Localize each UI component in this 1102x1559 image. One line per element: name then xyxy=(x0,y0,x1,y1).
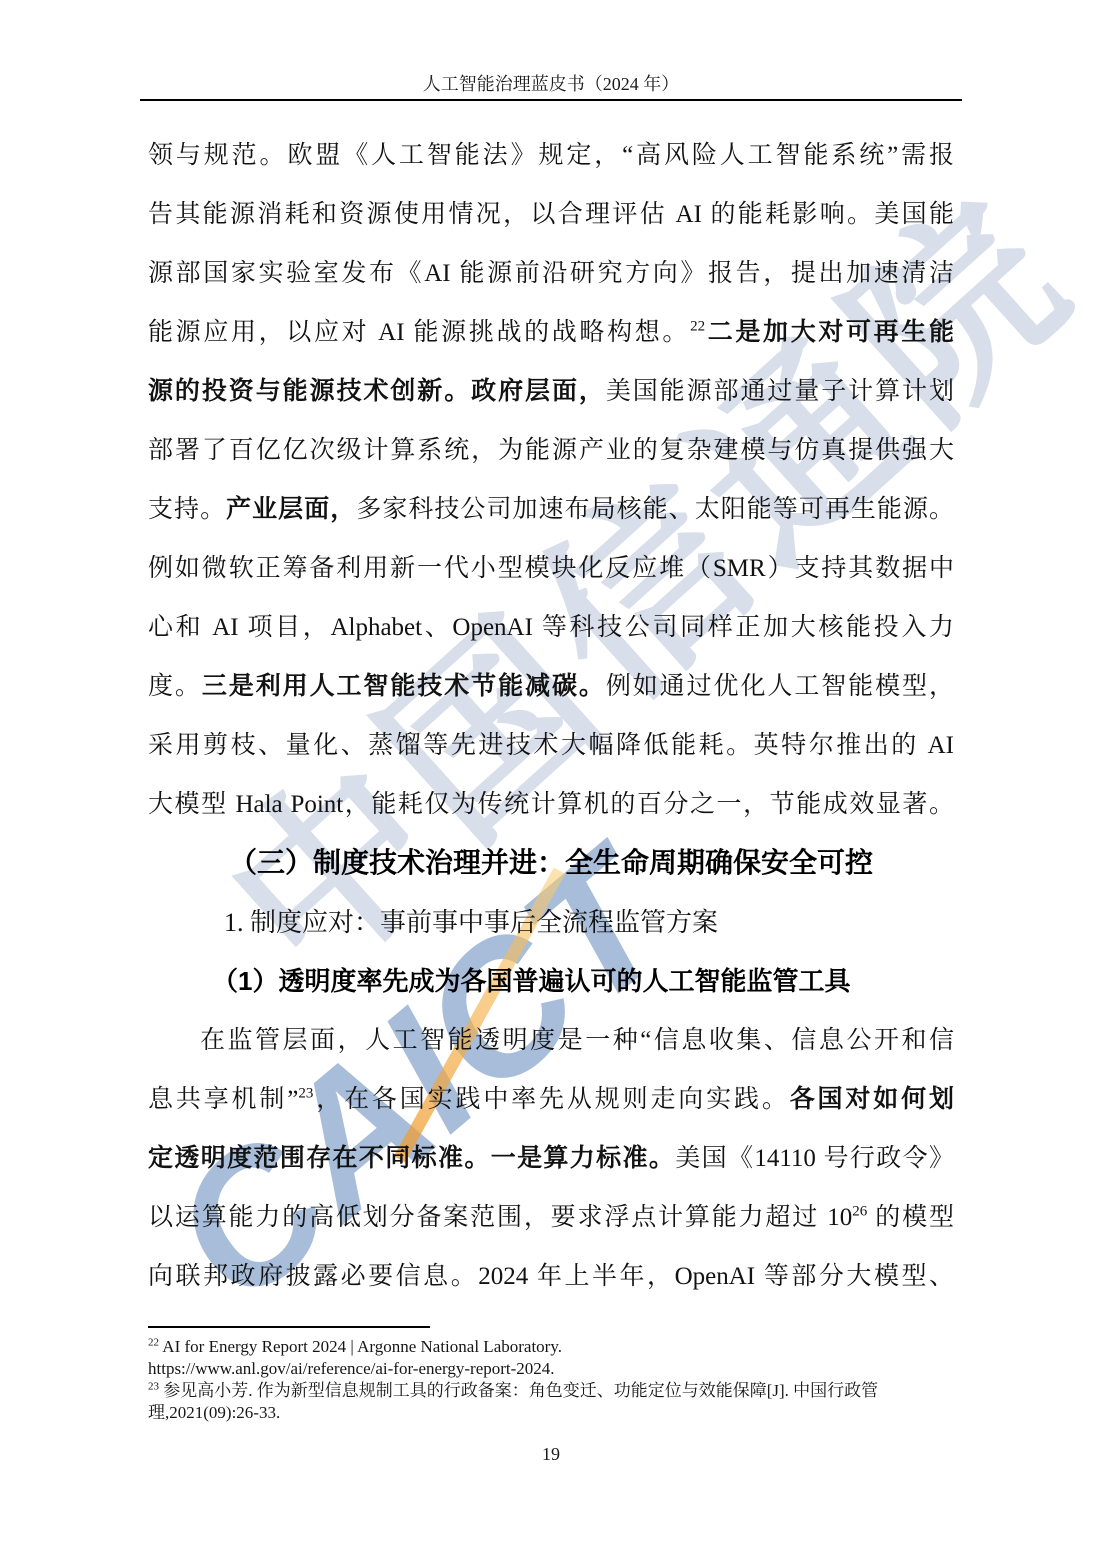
text-segment: 例如微软正筹备利用新一代小型模块化反应堆（SMR）支持其数据中 xyxy=(148,555,954,582)
footnote-text: AI for Energy Report 2024 | Argonne Nati… xyxy=(159,1337,562,1356)
text-segment: 采用剪枝、量化、蒸馏等先进技术大幅降低能耗。英特尔推出的 AI xyxy=(148,732,954,759)
text-segment: 度。 xyxy=(148,673,202,700)
footnote-url: https://www.anl.gov/ai/reference/ai-for-… xyxy=(148,1359,555,1378)
text-segment: 向联邦政府披露必要信息。2024 年上半年，OpenAI 等部分大模型、 xyxy=(148,1263,954,1290)
body-line: 源的投资与能源技术创新。政府层面，美国能源部通过量子计算计划 xyxy=(148,362,954,421)
footnote-ref-22: 22 xyxy=(690,319,705,335)
body-line: 大模型 Hala Point，能耗仅为传统计算机的百分之一，节能成效显著。 xyxy=(148,775,954,834)
text-segment-bold: 各国对如何划 xyxy=(790,1085,954,1113)
body-line: 告其能源消耗和资源使用情况，以合理评估 AI 的能耗影响。美国能 xyxy=(148,185,954,244)
body-line: 息共享机制”23，在各国实践中率先从规则走向实践。各国对如何划 xyxy=(148,1070,954,1129)
footnote-line: 理,2021(09):26-33. xyxy=(148,1402,954,1424)
subsection-heading: 1. 制度应对：事前事中事后全流程监管方案 xyxy=(148,893,954,952)
page-number: 19 xyxy=(0,1444,1102,1465)
body-line: 支持。产业层面，多家科技公司加速布局核能、太阳能等可再生能源。 xyxy=(148,480,954,539)
body-line: 例如微软正筹备利用新一代小型模块化反应堆（SMR）支持其数据中 xyxy=(148,539,954,598)
text-segment: 部署了百亿亿次级计算系统，为能源产业的复杂建模与仿真提供强大 xyxy=(148,437,954,464)
text-segment: 多家科技公司加速布局核能、太阳能等可再生能源。 xyxy=(356,496,954,523)
footnote-block: 22 AI for Energy Report 2024 | Argonne N… xyxy=(148,1326,954,1424)
paragraph-heading: （1）透明度率先成为各国普遍认可的人工智能监管工具 xyxy=(148,952,954,1011)
page-header-title: 人工智能治理蓝皮书（2024 年） xyxy=(0,70,1102,96)
body-line: 在监管层面，人工智能透明度是一种“信息收集、信息公开和信 xyxy=(148,1011,954,1070)
footnote-url-line: https://www.anl.gov/ai/reference/ai-for-… xyxy=(148,1358,954,1380)
footnote-text: 参见高小芳. 作为新型信息规制工具的行政备案：角色变迁、功能定位与效能保障[J]… xyxy=(159,1381,878,1400)
footnote-line: 22 AI for Energy Report 2024 | Argonne N… xyxy=(148,1336,954,1358)
body-line: 向联邦政府披露必要信息。2024 年上半年，OpenAI 等部分大模型、 xyxy=(148,1247,954,1306)
body-line: 领与规范。欧盟《人工智能法》规定，“高风险人工智能系统”需报 xyxy=(148,126,954,185)
body-content: 领与规范。欧盟《人工智能法》规定，“高风险人工智能系统”需报 告其能源消耗和资源… xyxy=(148,126,954,1306)
body-line: 定透明度范围存在不同标准。一是算力标准。美国《14110 号行政令》 xyxy=(148,1129,954,1188)
text-segment: 息共享机制” xyxy=(148,1086,298,1113)
text-segment-bold: 源的投资与能源技术创新。政府层面， xyxy=(148,377,606,405)
text-segment: 美国能源部通过量子计算计划 xyxy=(606,378,954,405)
text-segment-bold: 二是加大对可再生能 xyxy=(705,318,954,346)
text-segment: 源部国家实验室发布《AI 能源前沿研究方向》报告，提出加速清洁 xyxy=(148,260,954,287)
text-segment: 大模型 Hala Point，能耗仅为传统计算机的百分之一，节能成效显著。 xyxy=(148,791,954,818)
footnote-text: 理,2021(09):26-33. xyxy=(148,1403,280,1422)
body-line: 源部国家实验室发布《AI 能源前沿研究方向》报告，提出加速清洁 xyxy=(148,244,954,303)
section-heading: （三）制度技术治理并进：全生命周期确保安全可控 xyxy=(148,834,954,893)
body-line: 部署了百亿亿次级计算系统，为能源产业的复杂建模与仿真提供强大 xyxy=(148,421,954,480)
text-segment: 心和 AI 项目，Alphabet、OpenAI 等科技公司同样正加大核能投入力 xyxy=(148,614,954,641)
body-line: 能源应用，以应对 AI 能源挑战的战略构想。22二是加大对可再生能 xyxy=(148,303,954,362)
text-segment: 支持。 xyxy=(148,496,226,523)
footnote-marker: 23 xyxy=(148,1380,159,1392)
text-segment: 在监管层面，人工智能透明度是一种“信息收集、信息公开和信 xyxy=(200,1027,954,1054)
header-rule xyxy=(140,99,962,101)
text-segment: 的模型 xyxy=(867,1204,954,1231)
text-segment: 告其能源消耗和资源使用情况，以合理评估 AI 的能耗影响。美国能 xyxy=(148,201,954,228)
text-segment: 例如通过优化人工智能模型， xyxy=(606,673,954,700)
body-line: 采用剪枝、量化、蒸馏等先进技术大幅降低能耗。英特尔推出的 AI xyxy=(148,716,954,775)
text-segment-bold: 产业层面， xyxy=(226,495,356,523)
body-line: 以运算能力的高低划分备案范围，要求浮点计算能力超过 1026 的模型 xyxy=(148,1188,954,1247)
body-line: 心和 AI 项目，Alphabet、OpenAI 等科技公司同样正加大核能投入力 xyxy=(148,598,954,657)
footnote-ref-23: 23 xyxy=(298,1086,313,1102)
text-segment: ，在各国实践中率先从规则走向实践。 xyxy=(313,1086,789,1113)
footnote-marker: 22 xyxy=(148,1336,159,1348)
text-segment: 能源应用，以应对 AI 能源挑战的战略构想。 xyxy=(148,319,690,346)
text-segment-bold: 定透明度范围存在不同标准。一是算力标准。 xyxy=(148,1144,675,1172)
text-segment: 美国《14110 号行政令》 xyxy=(675,1145,954,1172)
body-line: 度。三是利用人工智能技术节能减碳。例如通过优化人工智能模型， xyxy=(148,657,954,716)
document-page: 中国信通院 CAICT 人工智能治理蓝皮书（2024 年） 领与规范。欧盟《人工… xyxy=(0,0,1102,1559)
text-segment: 以运算能力的高低划分备案范围，要求浮点计算能力超过 10 xyxy=(148,1204,852,1231)
footnote-rule xyxy=(148,1326,430,1328)
exponent: 26 xyxy=(852,1204,867,1220)
footnote-line: 23 参见高小芳. 作为新型信息规制工具的行政备案：角色变迁、功能定位与效能保障… xyxy=(148,1380,954,1402)
text-segment: 领与规范。欧盟《人工智能法》规定，“高风险人工智能系统”需报 xyxy=(148,142,954,169)
text-segment-bold: 三是利用人工智能技术节能减碳。 xyxy=(202,672,606,700)
